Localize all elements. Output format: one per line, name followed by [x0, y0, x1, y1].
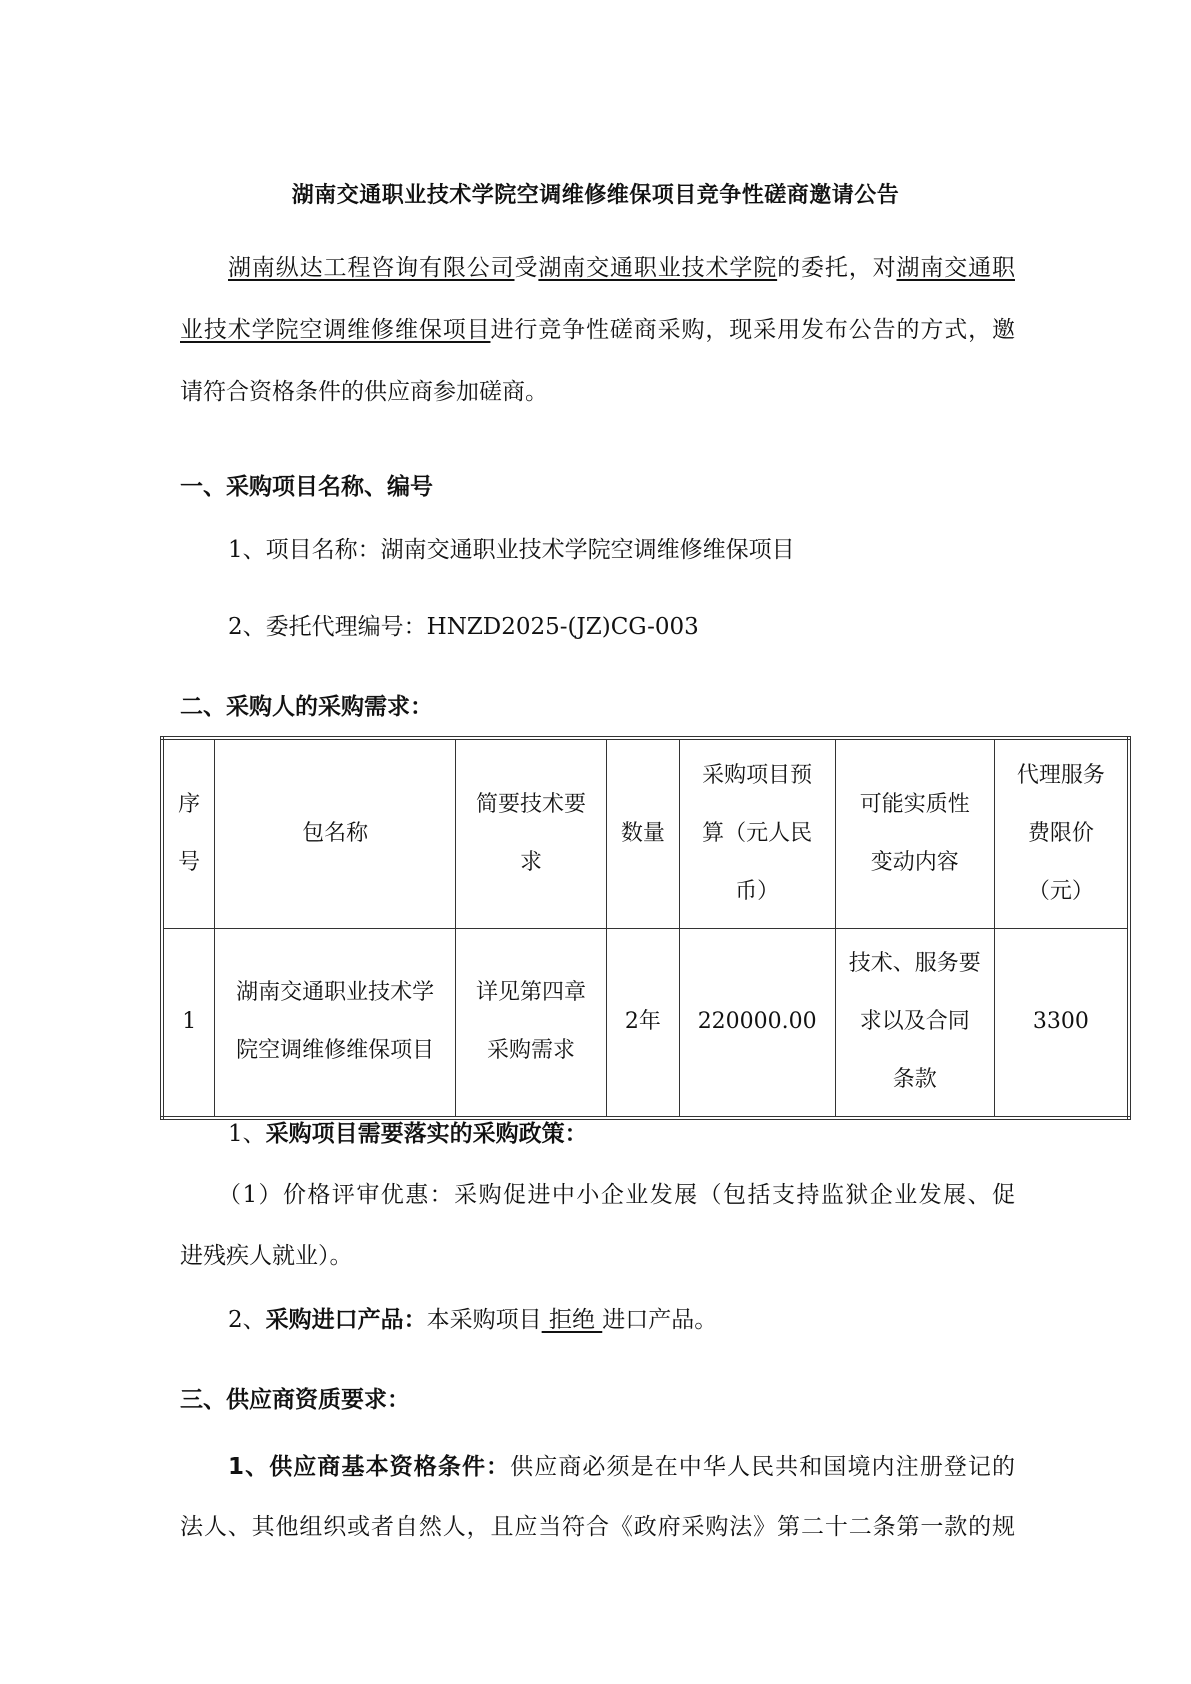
intro-line-3: 请符合资格条件的供应商参加磋商。 — [180, 377, 1015, 407]
requirements-table: 序 号 包名称 简要技术要 求 数量 采购项目预 算（元人民 币） 可能实质性 … — [160, 736, 1131, 1120]
project-name-item: 1、项目名称：湖南交通职业技术学院空调维修维保项目 — [228, 535, 1063, 565]
header-cell: 包名称 — [215, 738, 456, 928]
header-cell: 代理服务 费限价 （元） — [994, 738, 1129, 928]
table-cell: 湖南交通职业技术学 院空调维修维保项目 — [215, 928, 456, 1118]
intro-line-1: 湖南纵达工程咨询有限公司受湖南交通职业技术学院的委托，对湖南交通职 — [228, 253, 1015, 283]
basic-qualification-line-1: 1、供应商基本资格条件：供应商必须是在中华人民共和国境内注册登记的 — [228, 1452, 1015, 1482]
intro-line-2: 业技术学院空调维修维保项目进行竞争性磋商采购，现采用发布公告的方式，邀 — [180, 315, 1015, 345]
procurement-policy-heading: 1、采购项目需要落实的采购政策： — [228, 1119, 1063, 1149]
table-cell: 详见第四章 采购需求 — [455, 928, 606, 1118]
header-cell: 数量 — [607, 738, 680, 928]
table-row: 1 湖南交通职业技术学 院空调维修维保项目 详见第四章 采购需求 2年 2200… — [162, 928, 1129, 1118]
header-cell: 序 号 — [162, 738, 215, 928]
table-header-row: 序 号 包名称 简要技术要 求 数量 采购项目预 算（元人民 币） 可能实质性 … — [162, 738, 1129, 928]
document-title: 湖南交通职业技术学院空调维修维保项目竞争性磋商邀请公告 — [0, 178, 1191, 209]
import-policy-value: 拒绝 — [542, 1307, 603, 1333]
project-name-part2: 业技术学院空调维修维保项目 — [180, 317, 490, 343]
header-cell: 简要技术要 求 — [455, 738, 606, 928]
table-cell: 3300 — [994, 928, 1129, 1118]
purchaser-name: 湖南交通职业技术学院 — [538, 255, 777, 281]
agency-code-item: 2、委托代理编号：HNZD2025-(JZ)CG-003 — [228, 612, 1063, 642]
section1-heading: 一、采购项目名称、编号 — [180, 472, 1015, 502]
table-cell: 220000.00 — [679, 928, 835, 1118]
project-name-part1: 湖南交通职 — [897, 255, 1016, 281]
table-cell: 1 — [162, 928, 215, 1118]
agent-name: 湖南纵达工程咨询有限公司 — [228, 255, 515, 281]
section2-heading: 二、采购人的采购需求： — [180, 692, 1015, 722]
import-products-item: 2、采购进口产品：本采购项目 拒绝 进口产品。 — [228, 1305, 1063, 1335]
header-cell: 采购项目预 算（元人民 币） — [679, 738, 835, 928]
policy-item-line-2: 进残疾人就业）。 — [180, 1241, 1015, 1271]
header-cell: 可能实质性 变动内容 — [835, 738, 994, 928]
table-cell: 2年 — [607, 928, 680, 1118]
basic-qualification-line-2: 法人、其他组织或者自然人，且应当符合《政府采购法》第二十二条第一款的规 — [180, 1512, 1015, 1542]
section3-heading: 三、供应商资质要求： — [180, 1385, 1015, 1415]
table-cell: 技术、服务要 求以及合同 条款 — [835, 928, 994, 1118]
policy-item-line-1: （1）价格评审优惠：采购促进中小企业发展（包括支持监狱企业发展、促 — [218, 1180, 1015, 1210]
